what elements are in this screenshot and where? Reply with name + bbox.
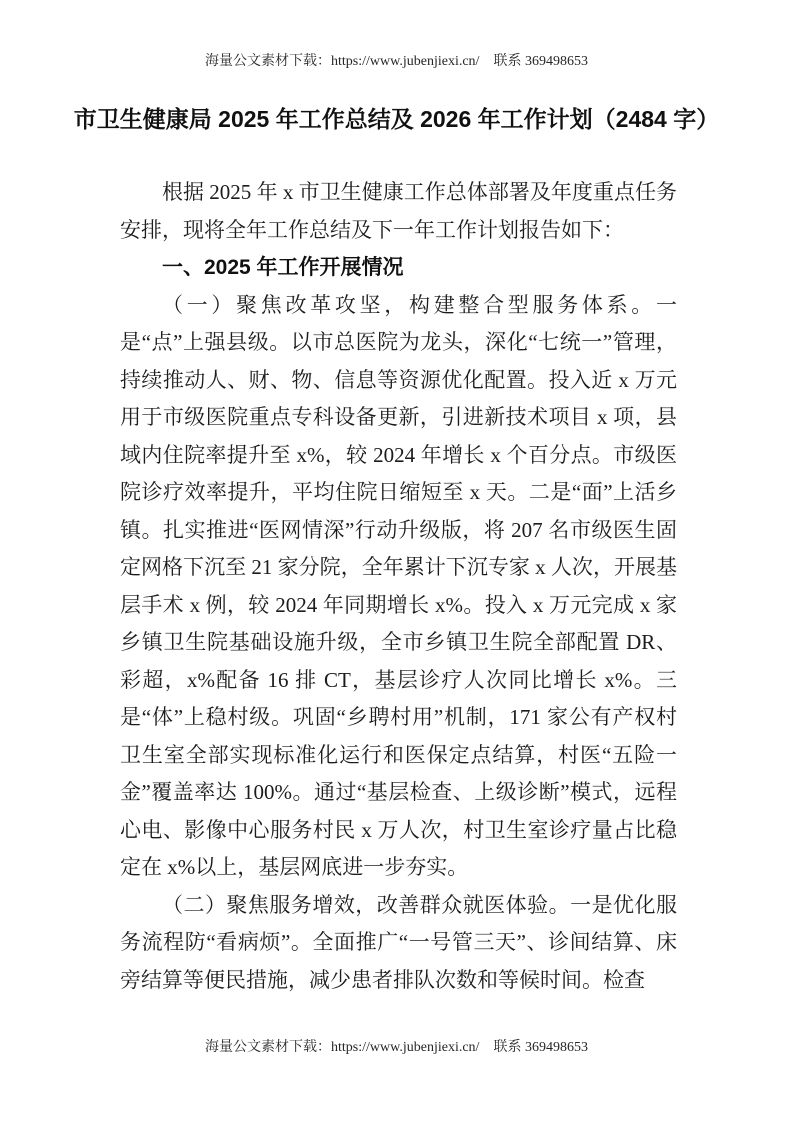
document-page: 海量公文素材下载：https://www.jubenjiexi.cn/ 联系 3…: [0, 0, 793, 1122]
paragraph-intro: 根据 2025 年 x 市卫生健康工作总体部署及年度重点任务安排，现将全年工作总…: [120, 174, 677, 249]
paragraph-section-1-2: （二）聚焦服务增效，改善群众就医体验。一是优化服务流程防“看病烦”。全面推广“一…: [120, 887, 677, 1000]
paragraph-section-1-1: （一）聚焦改革攻坚，构建整合型服务体系。一是“点”上强县级。以市总医院为龙头，深…: [120, 287, 677, 887]
section-heading-1: 一、2025 年工作开展情况: [120, 249, 677, 287]
footer-watermark: 海量公文素材下载：https://www.jubenjiexi.cn/ 联系 3…: [0, 1039, 793, 1057]
document-title: 市卫生健康局 2025 年工作总结及 2026 年工作计划（2484 字）: [58, 103, 735, 135]
document-body: 根据 2025 年 x 市卫生健康工作总体部署及年度重点任务安排，现将全年工作总…: [120, 174, 677, 999]
header-watermark: 海量公文素材下载：https://www.jubenjiexi.cn/ 联系 3…: [0, 53, 793, 71]
